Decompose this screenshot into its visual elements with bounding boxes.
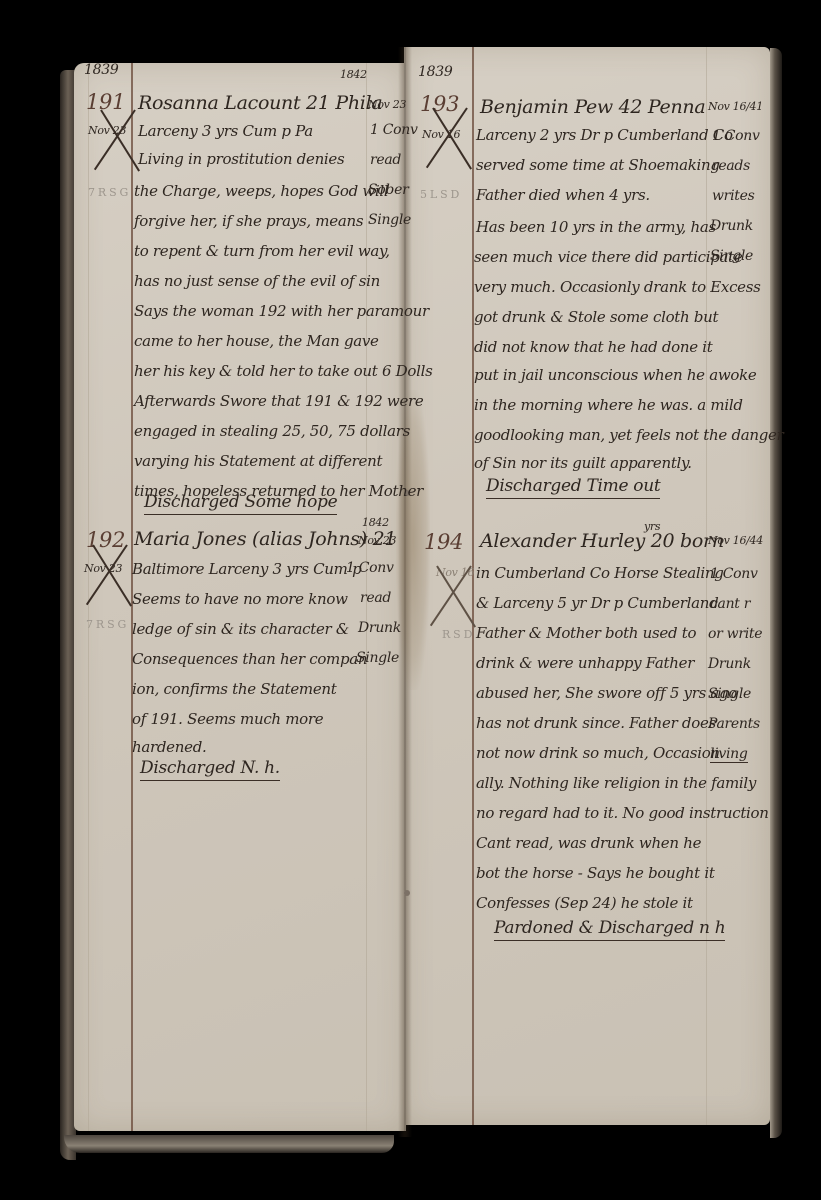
cross-out-mark — [420, 108, 472, 170]
entry-line: Baltimore Larceny 3 yrs Cum p — [132, 560, 361, 578]
binding-stitch — [404, 890, 410, 896]
side-note: Single — [368, 212, 411, 228]
side-date: Nov 23 — [358, 534, 396, 547]
entry-line: has not drunk since. Father does — [476, 714, 716, 732]
entry-line: of 191. Seems much more — [132, 710, 323, 728]
inmate-name-line: Rosanna Lacount 21 Phila — [138, 92, 382, 114]
side-date: Nov 16/41 — [708, 100, 763, 113]
outcome-pardoned-discharged: Pardoned & Discharged n h — [494, 918, 725, 941]
inmate-name-line: Alexander Hurley 20 born — [480, 530, 724, 552]
entry-line: her his key & told her to take out 6 Dol… — [134, 362, 433, 380]
ledger-photo: 1839 1842 191 Nov 23 7 R S G Rosanna Lac… — [0, 0, 821, 1200]
side-note: Single — [708, 686, 751, 702]
entry-line: varying his Statement at different — [134, 452, 382, 470]
side-note: Single — [356, 650, 399, 666]
entry-line: Father & Mother both used to — [476, 624, 696, 642]
side-note: 1 Conv — [370, 122, 418, 138]
side-note: Sober — [368, 182, 408, 198]
inmate-name-line: Maria Jones (alias Johns) 21 — [134, 528, 396, 550]
entry-line: Confesses (Sep 24) he stole it — [476, 894, 693, 912]
pencil-note: 7 R S G — [86, 618, 126, 631]
entry-line: Has been 10 yrs in the army, has — [476, 218, 716, 236]
entry-line: seen much vice there did participate — [474, 248, 742, 266]
entry-line: Cant read, was drunk when he — [476, 834, 701, 852]
side-note: 1 Conv — [712, 128, 760, 144]
entry-line: in the morning where he was. a mild — [474, 396, 743, 414]
entry-line: ledge of sin & its character & — [132, 620, 349, 638]
side-note: read — [360, 590, 391, 606]
entry-line: Larceny 2 yrs Dr p Cumberland Co — [476, 126, 733, 144]
entry-line: Says the woman 192 with her paramour — [134, 302, 429, 320]
entry-line: forgive her, if she prays, means — [134, 212, 363, 230]
entry-line: hardened. — [132, 738, 206, 756]
entry-line: Afterwards Swore that 191 & 192 were — [134, 392, 424, 410]
entry-line: got drunk & Stole some cloth but — [474, 308, 718, 326]
entry-line: & Larceny 5 yr Dr p Cumberland — [476, 594, 718, 612]
inmate-name-line: Benjamin Pew 42 Penna — [480, 96, 705, 118]
entry-line: Seems to have no more know — [132, 590, 348, 608]
cross-out-mark — [88, 110, 140, 172]
entry-line: bot the horse - Says he bought it — [476, 864, 715, 882]
entry-line: abused her, She swore off 5 yrs ago — [476, 684, 737, 702]
side-note: living — [710, 746, 748, 763]
entry-line: the Charge, weeps, hopes God will — [134, 182, 388, 200]
side-note: Parents — [708, 716, 760, 732]
outcome-discharged: Discharged N. h. — [140, 758, 280, 781]
entry-line: did not know that he had done it — [474, 338, 713, 356]
entry-line: Larceny 3 yrs Cum p Pa — [138, 122, 313, 140]
entry-line: to repent & turn from her evil way, — [134, 242, 390, 260]
entry-line: of Sin nor its guilt apparently. — [474, 454, 692, 472]
pencil-note: R S D — [442, 628, 472, 641]
entry-line: put in jail unconscious when he awoke — [474, 366, 757, 384]
entry-line: ally. Nothing like religion in the famil… — [476, 774, 756, 792]
side-note: 1 Conv — [346, 560, 394, 576]
entry-line: not now drink so much, Occasion — [476, 744, 720, 762]
page-block-edge-right — [770, 48, 782, 1138]
entry-line: drink & were unhappy Father — [476, 654, 694, 672]
side-note: Drunk — [708, 656, 751, 672]
side-date: Nov 16/44 — [708, 534, 763, 547]
side-note: read — [370, 152, 401, 168]
side-year-header: 1842 — [340, 68, 367, 81]
entry-line: very much. Occasionly drank to Excess — [474, 278, 761, 296]
side-note: or write — [708, 626, 762, 642]
side-date: Nov 23 — [368, 98, 406, 111]
entry-number: 194 — [424, 530, 463, 554]
cross-out-mark — [80, 545, 132, 607]
cross-out-mark — [424, 566, 476, 628]
entry-line: has no just sense of the evil of sin — [134, 272, 380, 290]
year-header: 1839 — [84, 62, 118, 78]
outcome-discharged: Discharged Time out — [486, 476, 660, 499]
side-note: cant r — [710, 596, 750, 612]
outcome-discharged: Discharged Some hope — [144, 492, 337, 515]
side-note: Drunk — [358, 620, 401, 636]
side-note: writes — [712, 188, 754, 204]
year-header: 1839 — [418, 64, 452, 80]
entry-line: served some time at Shoemaking — [476, 156, 720, 174]
pencil-note: 7 R S G — [88, 186, 128, 199]
book-cover-bottom — [64, 1135, 394, 1153]
entry-line: goodlooking man, yet feels not the dange… — [474, 426, 784, 444]
entry-line: Consequences than her compan — [132, 650, 367, 668]
entry-line: Living in prostitution denies — [138, 150, 344, 168]
name-superscript: yrs — [644, 520, 660, 533]
side-note: reads — [712, 158, 750, 174]
entry-line: came to her house, the Man gave — [134, 332, 379, 350]
right-side-column-rule — [706, 47, 707, 1125]
entry-line: no regard had to it. No good instruction — [476, 804, 769, 822]
entry-line: engaged in stealing 25, 50, 75 dollars — [134, 422, 410, 440]
entry-line: ion, confirms the Statement — [132, 680, 337, 698]
side-note: 1 Conv — [710, 566, 758, 582]
entry-line: in Cumberland Co Horse Stealing — [476, 564, 724, 582]
side-note: Drunk — [710, 218, 753, 234]
side-note: Single — [710, 248, 753, 264]
pencil-note: 5 L S D — [420, 188, 459, 201]
entry-line: Father died when 4 yrs. — [476, 186, 650, 204]
